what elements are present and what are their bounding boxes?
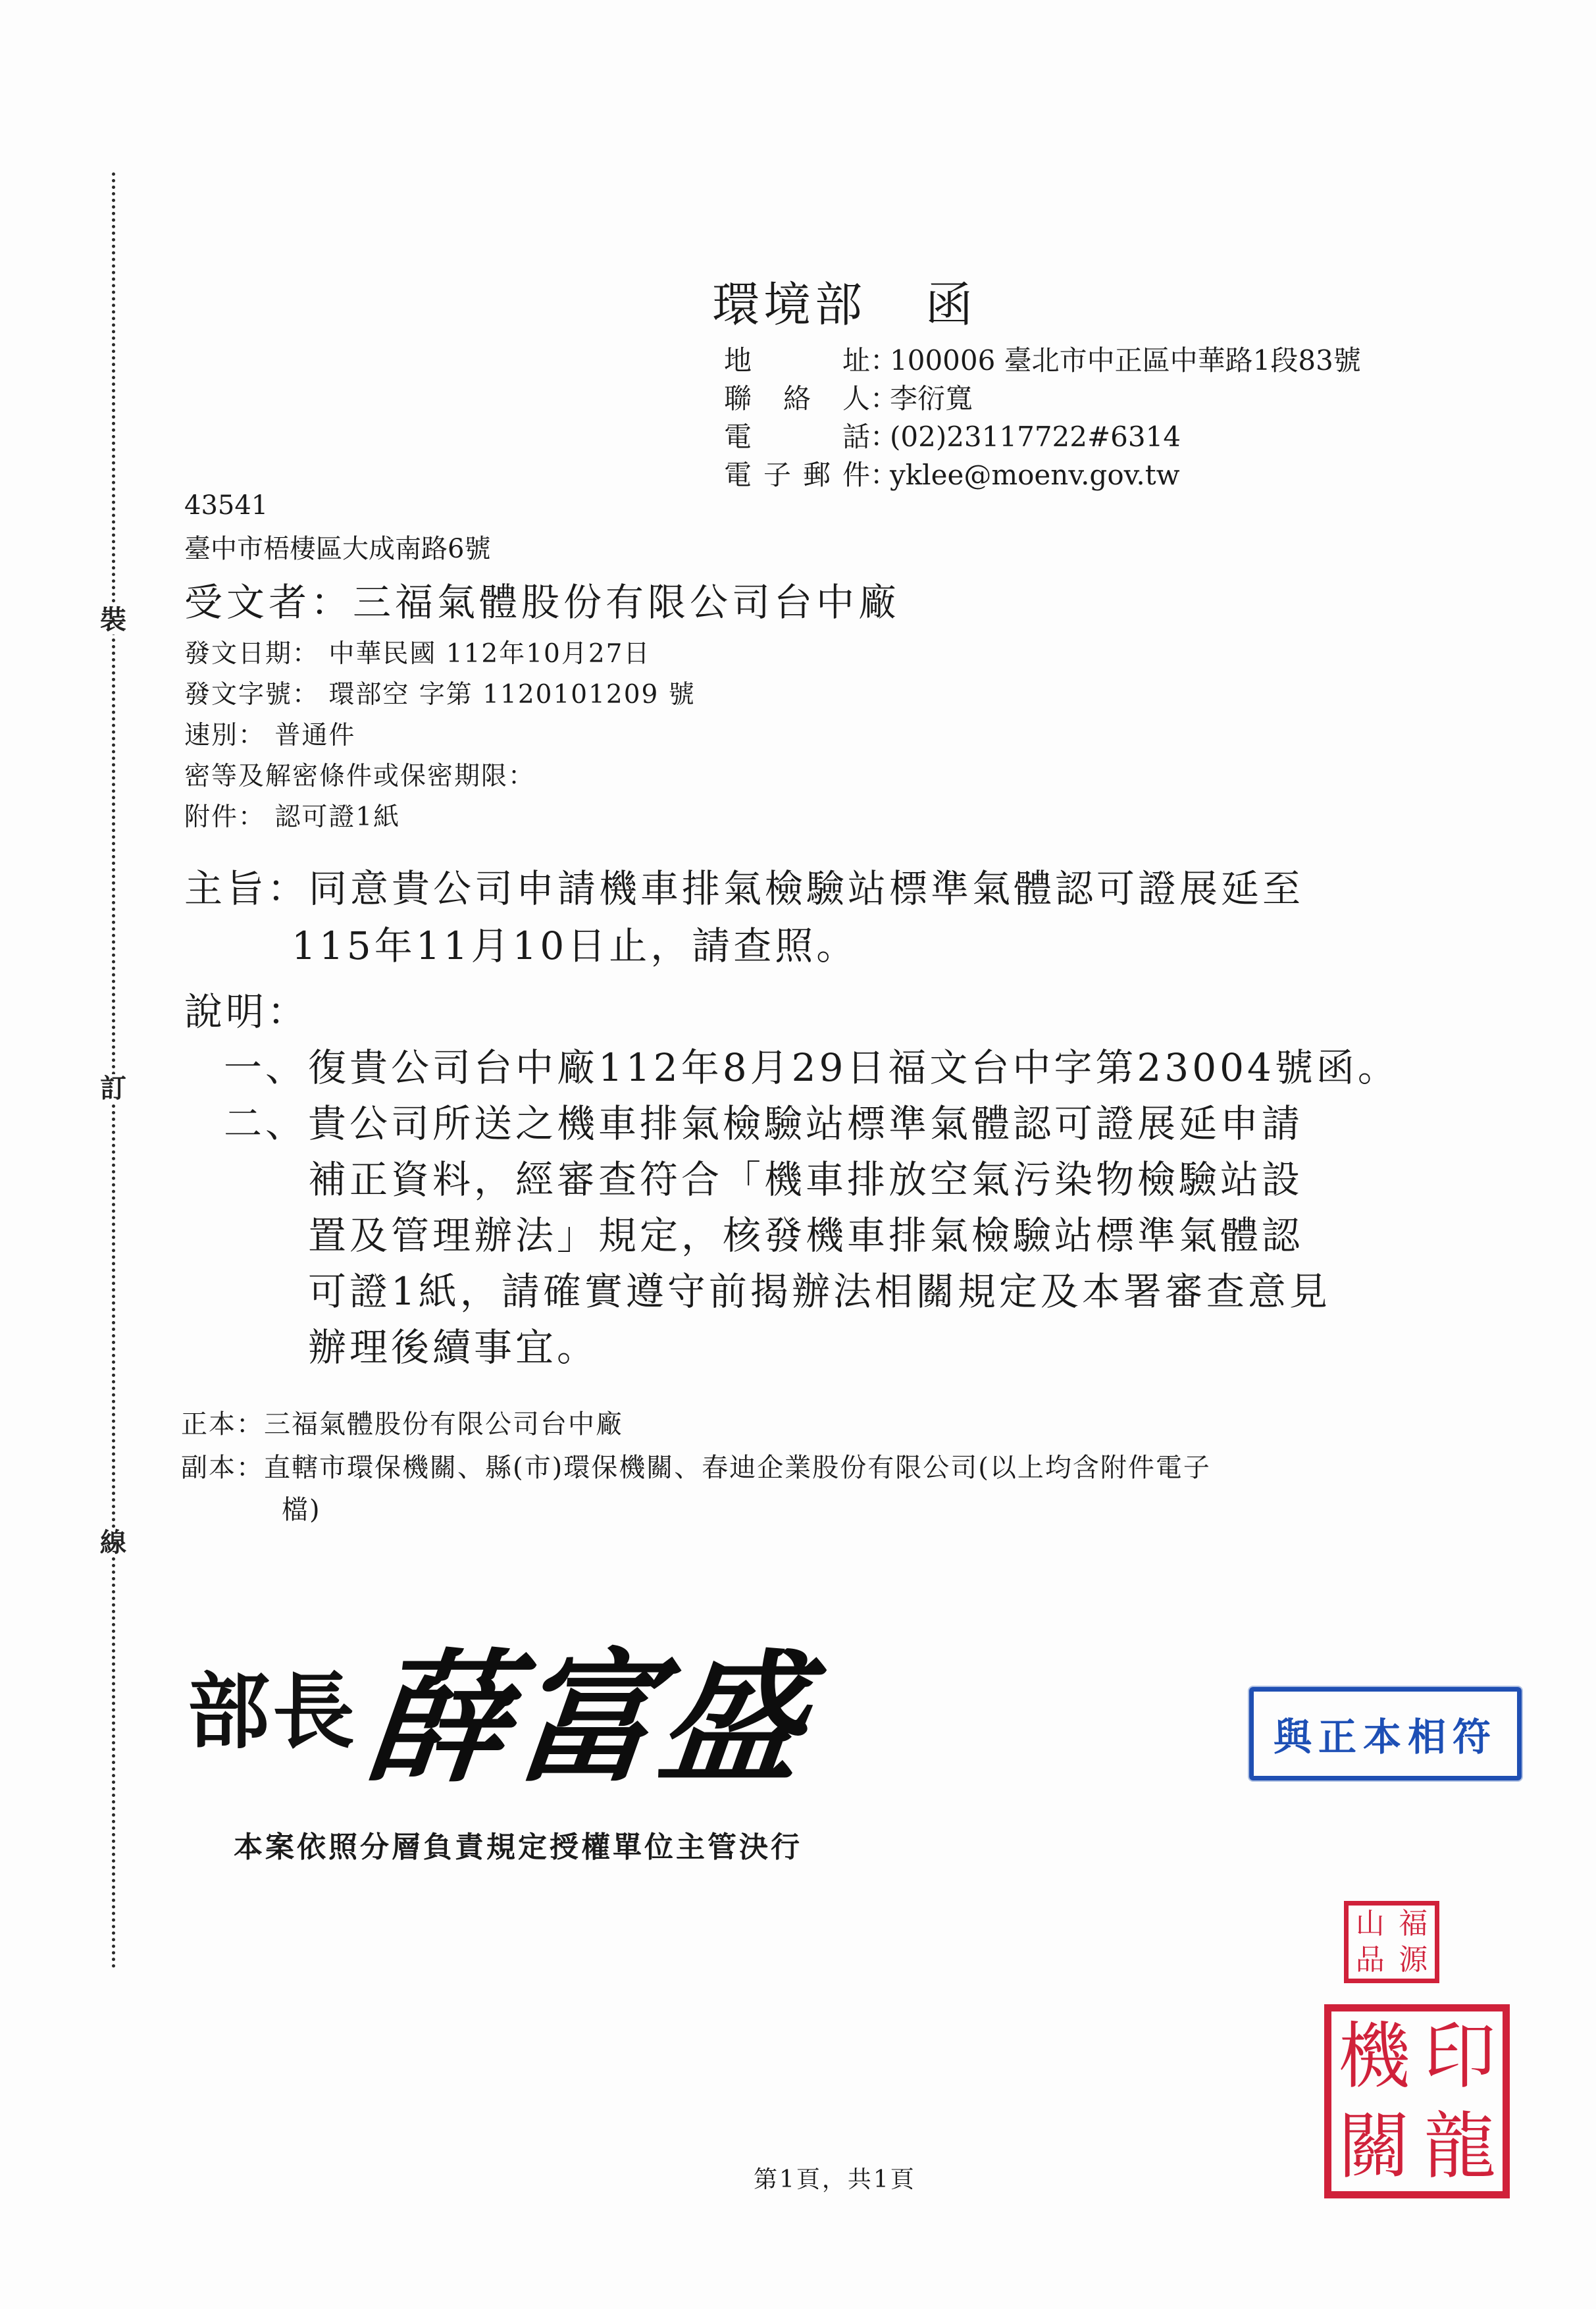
- description-item-2-line: 補正資料，經審查符合「機車排放空氣污染物檢驗站設: [308, 1149, 1303, 1204]
- official-seal-large: 機 印 關 龍: [1324, 2004, 1510, 2198]
- priority: 速別： 普通件: [184, 715, 355, 752]
- contact-value: yklee@moenv.gov.tw: [890, 459, 1180, 491]
- official-seal-small: 山 福 品 源: [1344, 1901, 1439, 1983]
- classification: 密等及解密條件或保密期限：: [184, 756, 535, 792]
- seal-char: 機: [1331, 2020, 1417, 2092]
- copy-recipients-continued: 檔): [282, 1489, 321, 1526]
- attachment: 附件： 認可證1紙: [184, 796, 400, 833]
- description-item-2-line: 置及管理辦法」規定，核發機車排氣檢驗站標準氣體認: [308, 1205, 1303, 1260]
- contact-label: 電子郵件: [724, 454, 870, 493]
- description-item-2-line: 可證1紙，請確實遵守前揭辦法相關規定及本署審查意見: [308, 1260, 1331, 1316]
- binding-dotted-line: [112, 172, 115, 1969]
- page-indicator: 第1頁，共1頁: [754, 2161, 916, 2194]
- signatory-signature: 薛富盛: [358, 1606, 819, 1809]
- recipient-label: 受文者：: [184, 580, 353, 625]
- contact-email: 電子郵件：yklee@moenv.gov.tw: [724, 454, 1180, 493]
- seal-char: 印: [1417, 2020, 1503, 2092]
- recipient-postal-code: 43541: [184, 490, 268, 521]
- contact-value: 李衍寬: [890, 382, 973, 415]
- contact-label: 電話: [724, 415, 870, 455]
- subject-line-2: 115年11月10日止，請查照。: [292, 915, 858, 970]
- recipient-name: 三福氣體股份有限公司台中廠: [353, 580, 900, 625]
- subject-line-1: 主旨：同意貴公司申請機車排氣檢驗站標準氣體認可證展延至: [184, 858, 1304, 913]
- signatory-title: 部長: [188, 1646, 357, 1764]
- true-copy-stamp-text: 與正本相符: [1274, 1706, 1497, 1761]
- contact-value: (02)23117722#6314: [890, 421, 1181, 453]
- seal-char: 山: [1349, 1909, 1392, 1938]
- description-item-1-number: 一、: [224, 1037, 307, 1092]
- subject-label: 主旨：: [184, 866, 309, 911]
- seal-char: 品: [1349, 1946, 1392, 1975]
- seal-char: 龍: [1417, 2110, 1503, 2183]
- binding-char-xian: 線: [99, 1528, 128, 1557]
- seal-char: 福: [1392, 1909, 1435, 1938]
- description-item-2-line: 貴公司所送之機車排氣檢驗站標準氣體認可證展延申請: [308, 1093, 1303, 1148]
- description-item-2-number: 二、: [224, 1093, 307, 1148]
- seal-char: 關: [1331, 2110, 1417, 2183]
- agency-name: 環境部: [712, 277, 866, 332]
- contact-phone: 電話：(02)23117722#6314: [724, 415, 1181, 455]
- contact-label: 地址: [724, 339, 870, 378]
- document-number: 發文字號： 環部空 字第 1120101209 號: [184, 674, 696, 711]
- document-type: 函: [925, 277, 977, 332]
- true-copy-stamp: 與正本相符: [1249, 1687, 1522, 1780]
- contact-label: 聯絡人: [724, 377, 870, 417]
- contact-person: 聯絡人：李衍寬: [724, 377, 973, 417]
- description-item-2-line: 辦理後續事宜。: [308, 1316, 598, 1372]
- binding-char-zhuang: 裝: [99, 606, 128, 635]
- contact-address: 地址：100006 臺北市中正區中華路1段83號: [724, 339, 1361, 378]
- recipient-line: 受文者：三福氣體股份有限公司台中廠: [184, 571, 900, 627]
- document-title: 環境部函: [712, 267, 977, 335]
- description-item-1-text: 復貴公司台中廠112年8月29日福文台中字第23004號函。: [308, 1037, 1399, 1092]
- original-recipient: 正本：三福氣體股份有限公司台中廠: [181, 1403, 623, 1441]
- seal-char: 源: [1392, 1946, 1435, 1975]
- contact-value: 100006 臺北市中正區中華路1段83號: [890, 344, 1361, 376]
- subject-text: 同意貴公司申請機車排氣檢驗站標準氣體認可證展延至: [309, 866, 1304, 911]
- description-label: 說明：: [184, 981, 309, 1036]
- binding-char-ding: 訂: [99, 1074, 128, 1103]
- delegation-note: 本案依照分層負責規定授權單位主管決行: [234, 1823, 802, 1865]
- recipient-address: 臺中市梧棲區大成南路6號: [184, 528, 490, 565]
- issue-date: 發文日期： 中華民國 112年10月27日: [184, 633, 651, 670]
- copy-recipients: 副本：直轄市環保機關、縣(市)環保機關、春迪企業股份有限公司(以上均含附件電子: [181, 1447, 1211, 1484]
